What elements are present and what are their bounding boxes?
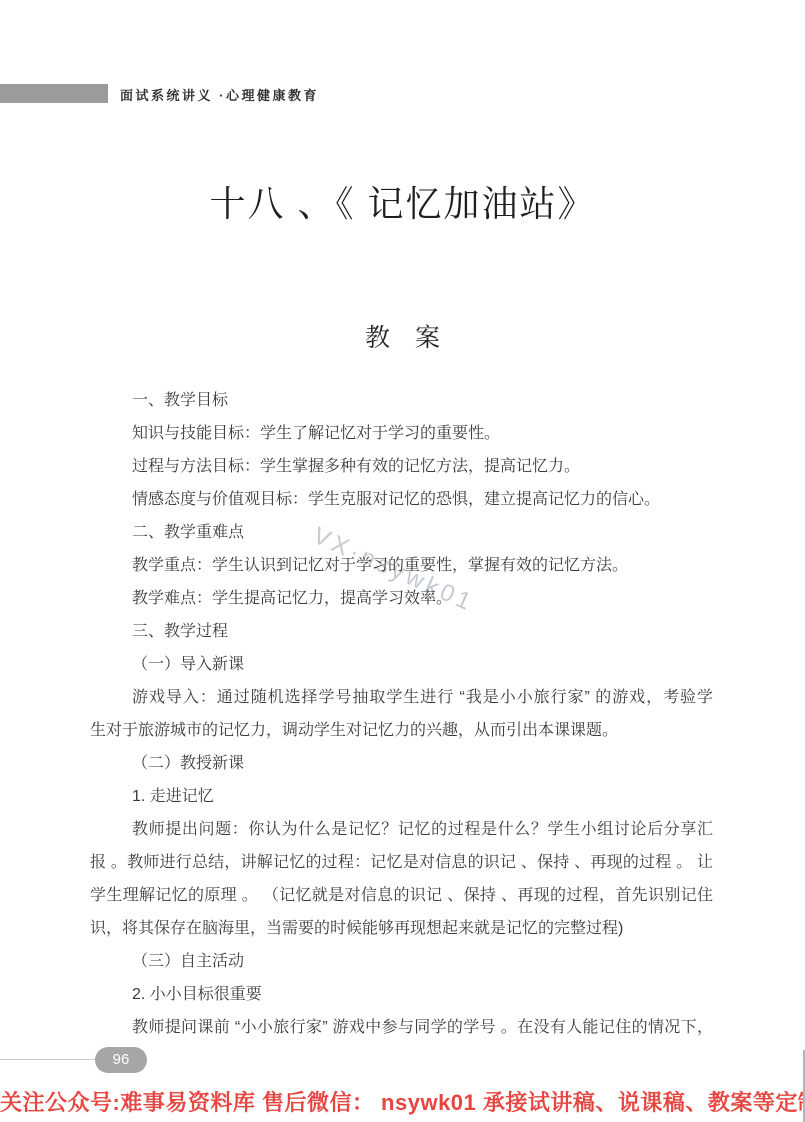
body-line: 教师提出问题：你认为什么是记忆？记忆的过程是什么？学生小组讨论后分享汇	[90, 813, 713, 846]
document-body: 一、教学目标知识与技能目标：学生了解记忆对于学习的重要性。过程与方法目标：学生掌…	[90, 384, 713, 1044]
page-title: 十八 、《 记忆加油站》	[0, 176, 805, 227]
body-line: 教学难点：学生提高记忆力，提高学习效率。	[90, 582, 713, 615]
body-line: 2. 小小目标很重要	[90, 978, 713, 1011]
body-line: 一、教学目标	[90, 384, 713, 417]
body-line: 情感态度与价值观目标：学生克服对记忆的恐惧，建立提高记忆力的信心。	[90, 483, 713, 516]
body-line: （一）导入新课	[90, 648, 713, 681]
body-line: 教师提问课前 “小小旅行家” 游戏中参与同学的学号 。在没有人能记住的情况下，	[90, 1011, 713, 1044]
body-line: 生对于旅游城市的记忆力，调动学生对记忆力的兴趣，从而引出本课课题。	[90, 714, 713, 747]
body-line: 报 。教师进行总结，讲解记忆的过程：记忆是对信息的识记 、保持 、再现的过程 。…	[90, 846, 713, 879]
document-page: 面试系统讲义 ·心理健康教育 十八 、《 记忆加油站》 教 案 VX·nsywk…	[0, 0, 805, 1122]
body-line: 过程与方法目标：学生掌握多种有效的记忆方法，提高记忆力。	[90, 450, 713, 483]
body-line: 知识与技能目标：学生了解记忆对于学习的重要性。	[90, 417, 713, 450]
body-line: （二）教授新课	[90, 747, 713, 780]
page-number-rule	[0, 1059, 104, 1060]
body-line: 教学重点：学生认识到记忆对于学习的重要性，掌握有效的记忆方法。	[90, 549, 713, 582]
promo-footer-text: 关注公众号:难事易资料库 售后微信： nsywk01 承接试讲稿、说课稿、教案等…	[0, 1086, 805, 1117]
body-line: 二、教学重难点	[90, 516, 713, 549]
body-line: 1. 走进记忆	[90, 780, 713, 813]
body-line: 学生理解记忆的原理 。 （记忆就是对信息的识记 、保持 、再现的过程，首先识别记…	[90, 879, 713, 912]
body-line: 游戏导入：通过随机选择学号抽取学生进行 “我是小小旅行家” 的游戏，考验学	[90, 681, 713, 714]
document-subtitle: 教 案	[0, 318, 805, 354]
page-number-badge: 96	[95, 1047, 147, 1073]
body-line: （三）自主活动	[90, 945, 713, 978]
body-line: 识，将其保存在脑海里，当需要的时候能够再现想起来就是记忆的完整过程)	[90, 912, 713, 945]
header-series-title: 面试系统讲义 ·心理健康教育	[120, 85, 319, 104]
header-accent-bar	[0, 84, 108, 103]
body-line: 三、教学过程	[90, 615, 713, 648]
